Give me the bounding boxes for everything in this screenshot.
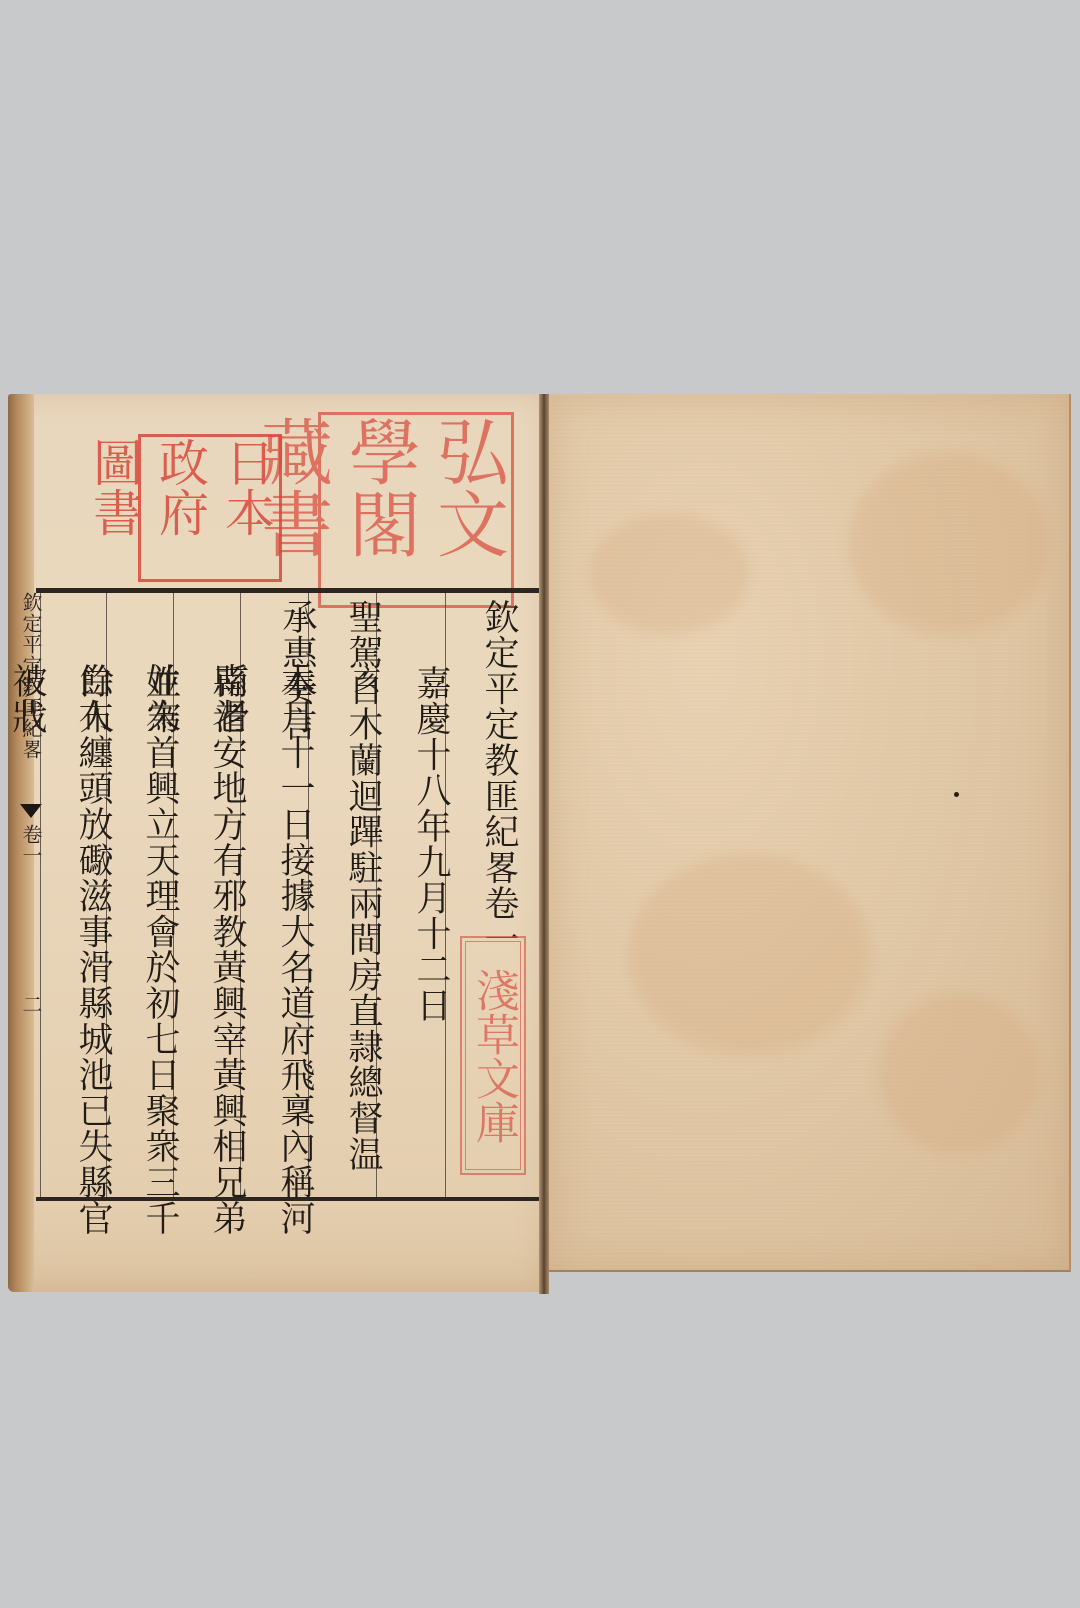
ink-speck bbox=[954, 792, 959, 797]
column-text-4: 姓為首興立天理會於初七日聚衆三千餘人 bbox=[127, 593, 193, 1267]
column-text-3: 縣老安地方有邪教黃興宰黃興相兄弟並宋 bbox=[194, 593, 260, 1267]
paper-stain bbox=[629, 854, 869, 1054]
open-book: 日本政府圖書 弘文學閣藏書 欽定平定教匪紀畧 卷一 二 欽定平定教匪紀畧卷 bbox=[8, 394, 1062, 1296]
seal-text: 淺草文庫 bbox=[465, 968, 521, 1144]
column-text-2: 本月十一日接據大名道府飛稟內稱河南滑 bbox=[262, 593, 328, 1267]
paper-stain bbox=[589, 514, 749, 634]
right-page-blank bbox=[549, 394, 1071, 1272]
column-date: 嘉慶十八年九月十二日 亥 bbox=[398, 593, 464, 1269]
paper-stain bbox=[849, 454, 1049, 634]
column-text-1: 聖駕自木蘭迴蹕駐兩間房直隷總督温承惠奏言 bbox=[330, 593, 396, 1203]
column-text-5: 白布纏頭放礮滋事滑縣城池已失縣官被戕 bbox=[60, 593, 126, 1267]
paper-stain bbox=[879, 994, 1039, 1154]
seal-text: 弘文學閣藏書 bbox=[247, 415, 511, 605]
book-gutter bbox=[539, 394, 549, 1294]
seal-hongwen-cangshu: 弘文學閣藏書 bbox=[318, 412, 514, 608]
seal-asakusa-bunko: 淺草文庫 bbox=[460, 936, 526, 1175]
left-page: 日本政府圖書 弘文學閣藏書 欽定平定教匪紀畧 卷一 二 欽定平定教匪紀畧卷 bbox=[8, 394, 546, 1292]
